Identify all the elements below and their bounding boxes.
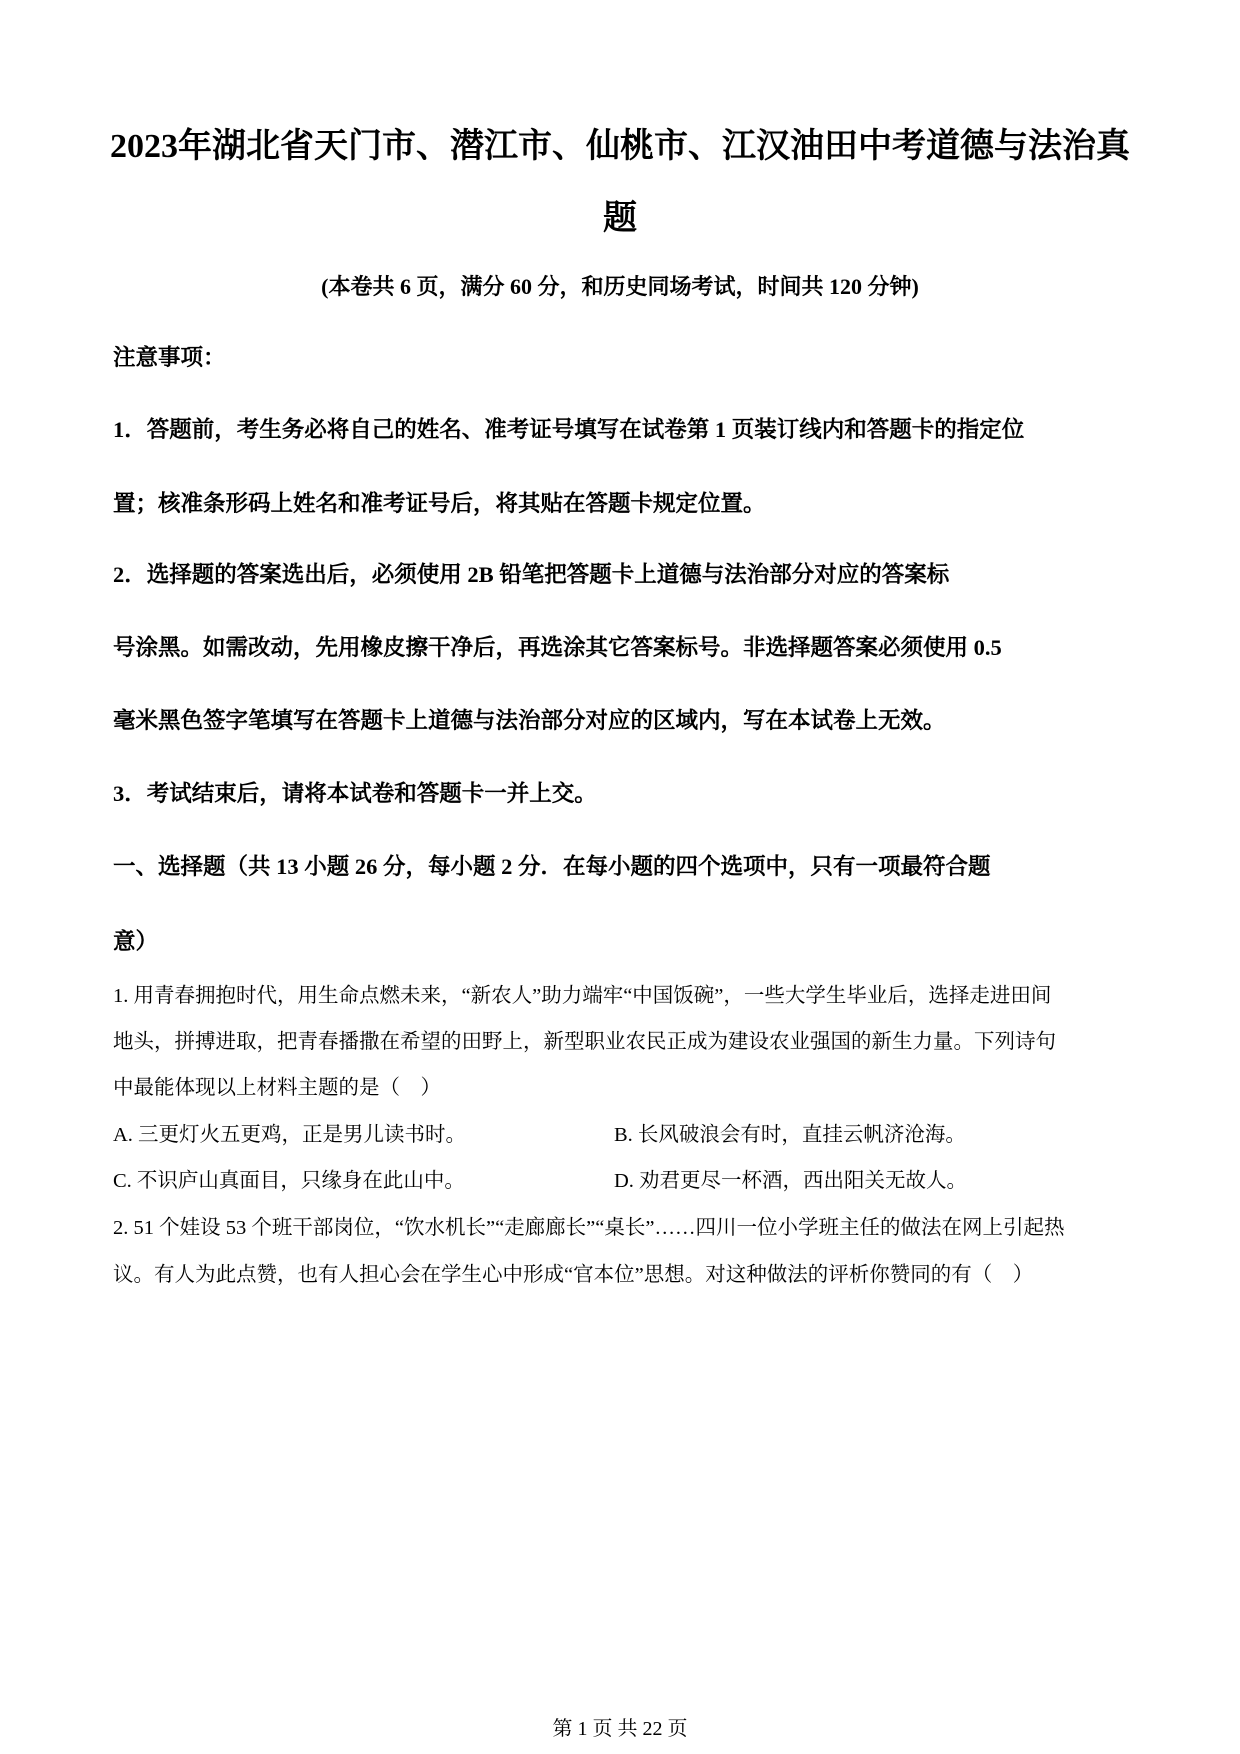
page-footer: 第 1 页 共 22 页: [0, 1712, 1240, 1741]
question-2-line2: 议。有人为此点赞，也有人担心会在学生心中形成“官本位”思想。对这种做法的评析你赞…: [113, 1257, 1033, 1287]
document-title-line1: 2023年湖北省天门市、潜江市、仙桃市、江汉油田中考道德与法治真: [0, 118, 1240, 167]
question-1-option-c: C. 不识庐山真面目，只缘身在此山中。: [113, 1163, 465, 1193]
notice-item-2-line3: 毫米黑色签字笔填写在答题卡上道德与法治部分对应的区域内，写在本试卷上无效。: [113, 703, 946, 735]
notice-item-1-line2: 置；核准条形码上姓名和准考证号后，将其贴在答题卡规定位置。: [113, 486, 766, 518]
document-subtitle: (本卷共 6 页，满分 60 分，和历史同场考试，时间共 120 分钟): [0, 270, 1240, 301]
question-1-option-b: B. 长风破浪会有时，直挂云帆济沧海。: [614, 1117, 966, 1147]
notice-item-3-line1: 3．考试结束后，请将本试卷和答题卡一并上交。: [113, 776, 597, 808]
question-1-option-d: D. 劝君更尽一杯酒，西出阳关无故人。: [614, 1163, 967, 1193]
document-page: 2023年湖北省天门市、潜江市、仙桃市、江汉油田中考道德与法治真 题 (本卷共 …: [0, 0, 1240, 1754]
question-2-line1: 2. 51 个娃设 53 个班干部岗位，“饮水机长”“走廊廊长”“桌长”……四川…: [113, 1210, 1064, 1240]
notice-item-2-line2: 号涂黑。如需改动，先用橡皮擦干净后，再选涂其它答案标号。非选择题答案必须使用 0…: [113, 630, 1002, 662]
document-title-line2: 题: [0, 190, 1240, 239]
section-heading-line2: 意）: [113, 924, 158, 956]
question-1-line1: 1. 用青春拥抱时代，用生命点燃未来，“新农人”助力端牢“中国饭碗”，一些大学生…: [113, 978, 1051, 1008]
notice-item-2-line1: 2．选择题的答案选出后，必须使用 2B 铅笔把答题卡上道德与法治部分对应的答案标: [113, 557, 949, 589]
section-heading-line1: 一、选择题（共 13 小题 26 分，每小题 2 分．在每小题的四个选项中，只有…: [113, 849, 991, 881]
notice-item-1-line1: 1．答题前，考生务必将自己的姓名、准考证号填写在试卷第 1 页装订线内和答题卡的…: [113, 412, 1024, 444]
question-1-line2: 地头，拼搏进取，把青春播撒在希望的田野上，新型职业农民正成为建设农业强国的新生力…: [113, 1024, 1056, 1054]
question-1-line3: 中最能体现以上材料主题的是（ ）: [113, 1070, 441, 1100]
question-1-option-a: A. 三更灯火五更鸡，正是男儿读书时。: [113, 1117, 466, 1147]
notice-heading: 注意事项：: [113, 340, 226, 372]
